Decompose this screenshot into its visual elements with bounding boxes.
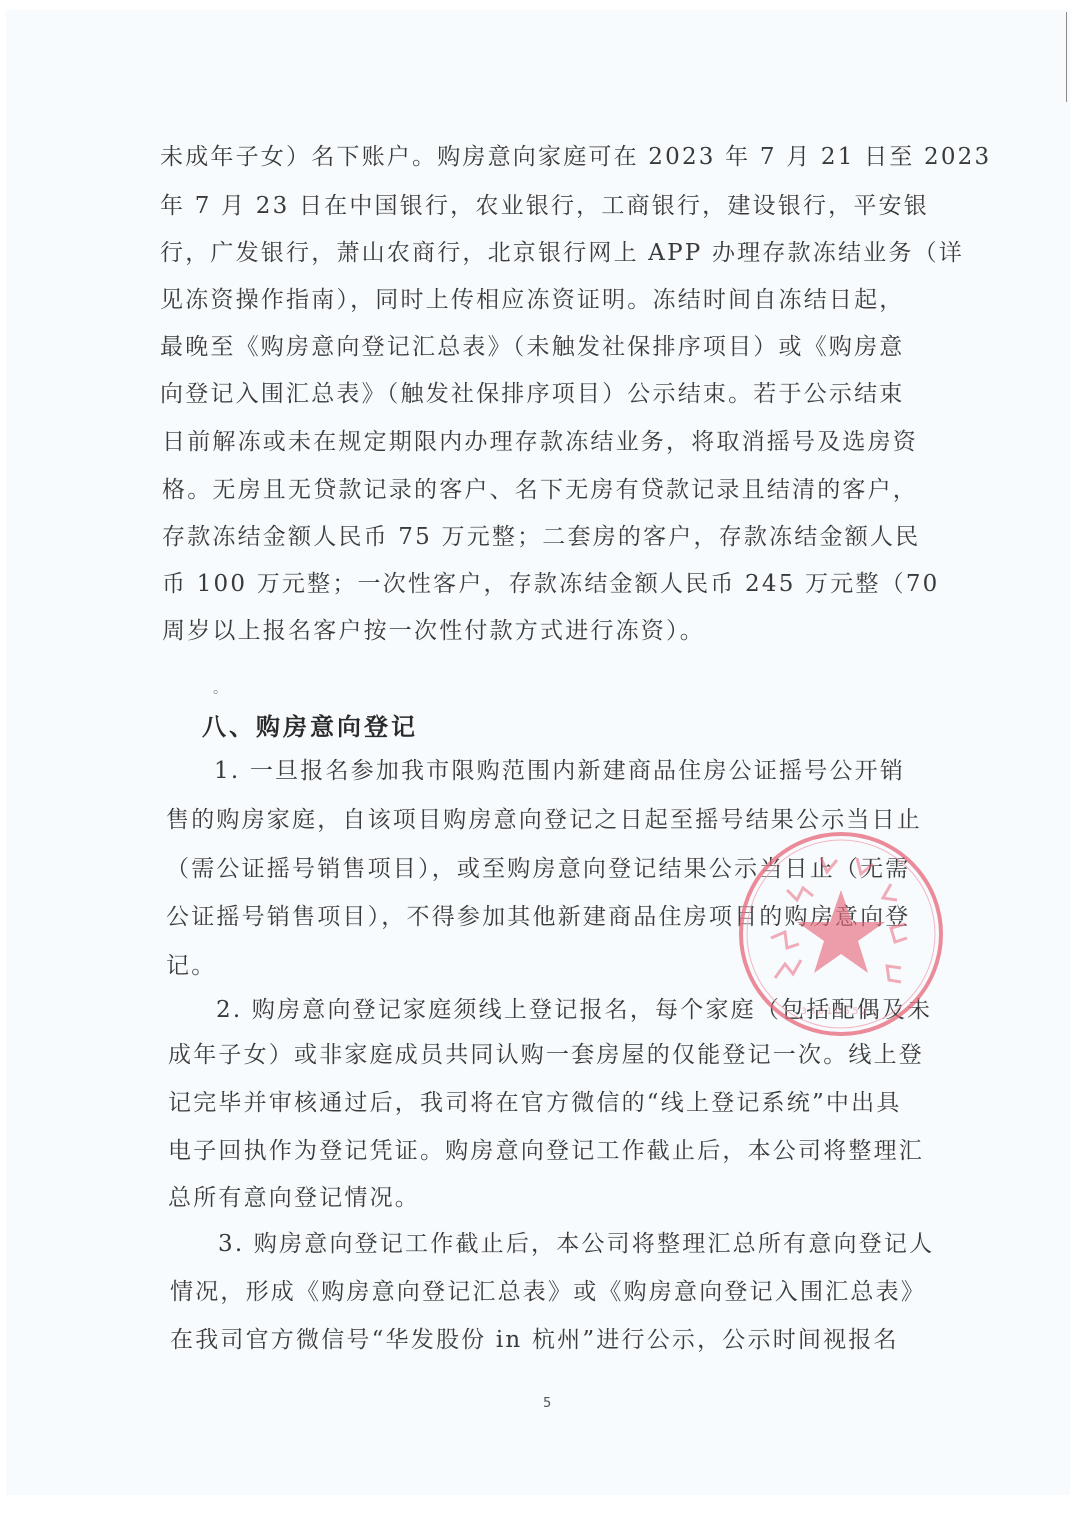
text-line: 最晚至《购房意向登记汇总表》（未触发社保排序项目）或《购房意 — [160, 332, 905, 362]
text-line: 3. 购房意向登记工作截止后，本公司将整理汇总所有意向登记人 — [218, 1229, 934, 1259]
text-line: 在我司官方微信号“华发股份 in 杭州”进行公示，公示时间视报名 — [170, 1325, 899, 1355]
text-line: 售的购房家庭，自该项目购房意向登记之日起至摇号结果公示当日止 — [166, 805, 922, 835]
text-line: 未成年子女）名下账户。购房意向家庭可在 2023 年 7 月 21 日至 202… — [160, 142, 991, 172]
text-line: （需公证摇号销售项目），或至购房意向登记结果公示当日止（无需 — [166, 854, 911, 884]
text-line: 格。无房且无贷款记录的客户、名下无房有贷款记录且结清的客户， — [162, 475, 918, 505]
text-line: 公证摇号销售项目），不得参加其他新建商品住房项目的购房意向登 — [166, 902, 911, 932]
text-line: 记。 — [166, 951, 216, 981]
text-line: 电子回执作为登记凭证。购房意向登记工作截止后，本公司将整理汇 — [168, 1136, 924, 1166]
text-line: 1. 一旦报名参加我市限购范围内新建商品住房公证摇号公开销 — [214, 756, 905, 786]
text-line: 情况，形成《购房意向登记汇总表》或《购房意向登记入围汇总表》 — [170, 1277, 926, 1307]
text-line: 记完毕并审核通过后，我司将在官方微信的“线上登记系统”中出具 — [168, 1088, 902, 1118]
text-line: 成年子女）或非家庭成员共同认购一套房屋的仅能登记一次。线上登 — [168, 1040, 924, 1070]
text-line: 日前解冻或未在规定期限内办理存款冻结业务，将取消摇号及选房资 — [162, 427, 918, 457]
scan-edge-line — [1066, 12, 1067, 102]
page-number: 5 — [543, 1396, 551, 1411]
text-line: 周岁以上报名客户按一次性付款方式进行冻资）。 — [162, 616, 705, 646]
text-line: 年 7 月 23 日在中国银行，农业银行，工商银行，建设银行，平安银 — [160, 191, 929, 221]
text-line: 见冻资操作指南），同时上传相应冻资证明。冻结时间自冻结日起， — [160, 285, 905, 315]
text-line: 行，广发银行，萧山农商行，北京银行网上 APP 办理存款冻结业务（详 — [160, 238, 964, 268]
text-line: 向登记入围汇总表》（触发社保排序项目）公示结束。若于公示结束 — [160, 379, 905, 409]
text-line: 总所有意向登记情况。 — [168, 1183, 420, 1213]
section-heading: 八、购房意向登记 — [202, 712, 418, 742]
text-line: 币 100 万元整；一次性客户，存款冻结金额人民币 245 万元整（70 — [162, 569, 940, 599]
text-line: 2. 购房意向登记家庭须线上登记报名，每个家庭（包括配偶及未 — [216, 995, 932, 1025]
text-line: 存款冻结金额人民币 75 万元整；二套房的客户，存款冻结金额人民 — [162, 522, 920, 552]
stray-mark: 。 — [213, 678, 227, 698]
document-page — [6, 10, 1070, 1495]
